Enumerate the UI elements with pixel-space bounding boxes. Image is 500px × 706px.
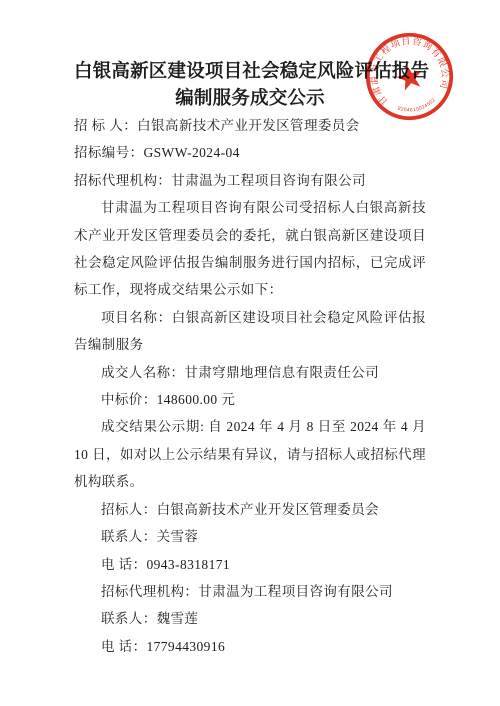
contact-agency-line: 招标代理机构：甘肃温为工程项目咨询有限公司	[74, 578, 426, 605]
project-name-paragraph: 项目名称：白银高新区建设项目社会稳定风险评估报告编制服务	[74, 304, 426, 359]
contact-bidder-line: 招标人：白银高新技术产业开发区管理委员会	[74, 496, 426, 523]
agency-line: 招标代理机构：甘肃温为工程项目咨询有限公司	[74, 167, 426, 194]
publicity-period-paragraph: 成交结果公示期: 自 2024 年 4 月 8 日至 2024 年 4 月 10…	[74, 413, 426, 495]
contact-bidder-phone-line: 电 话：0943-8318171	[74, 551, 426, 578]
contact-agency-person-line: 联系人：魏雪莲	[74, 605, 426, 632]
title-line-1: 白银高新区建设项目社会稳定风险评估报告	[74, 60, 429, 81]
contact-agency-phone-line: 电 话：17794430916	[74, 633, 426, 660]
document-content: 白银高新区建设项目社会稳定风险评估报告 编制服务成交公示 招 标 人：白银高新技…	[74, 57, 426, 660]
intro-paragraph: 甘肃温为工程项目咨询有限公司受招标人白银高新技术产业开发区管理委员会的委托，就白…	[74, 194, 426, 304]
bid-number-line: 招标编号：GSWW-2024-04	[74, 139, 426, 166]
title-line-2: 编制服务成交公示	[175, 87, 325, 108]
bidder-line: 招 标 人：白银高新技术产业开发区管理委员会	[74, 112, 426, 139]
contact-bidder-person-line: 联系人：关雪蓉	[74, 523, 426, 550]
winner-line: 成交人名称：甘肃穹鼎地理信息有限责任公司	[74, 359, 426, 386]
document-page: 白银高新区建设项目社会稳定风险评估报告 编制服务成交公示 招 标 人：白银高新技…	[0, 0, 500, 706]
page-title: 白银高新区建设项目社会稳定风险评估报告 编制服务成交公示	[74, 57, 426, 111]
price-line: 中标价：148600.00 元	[74, 386, 426, 413]
